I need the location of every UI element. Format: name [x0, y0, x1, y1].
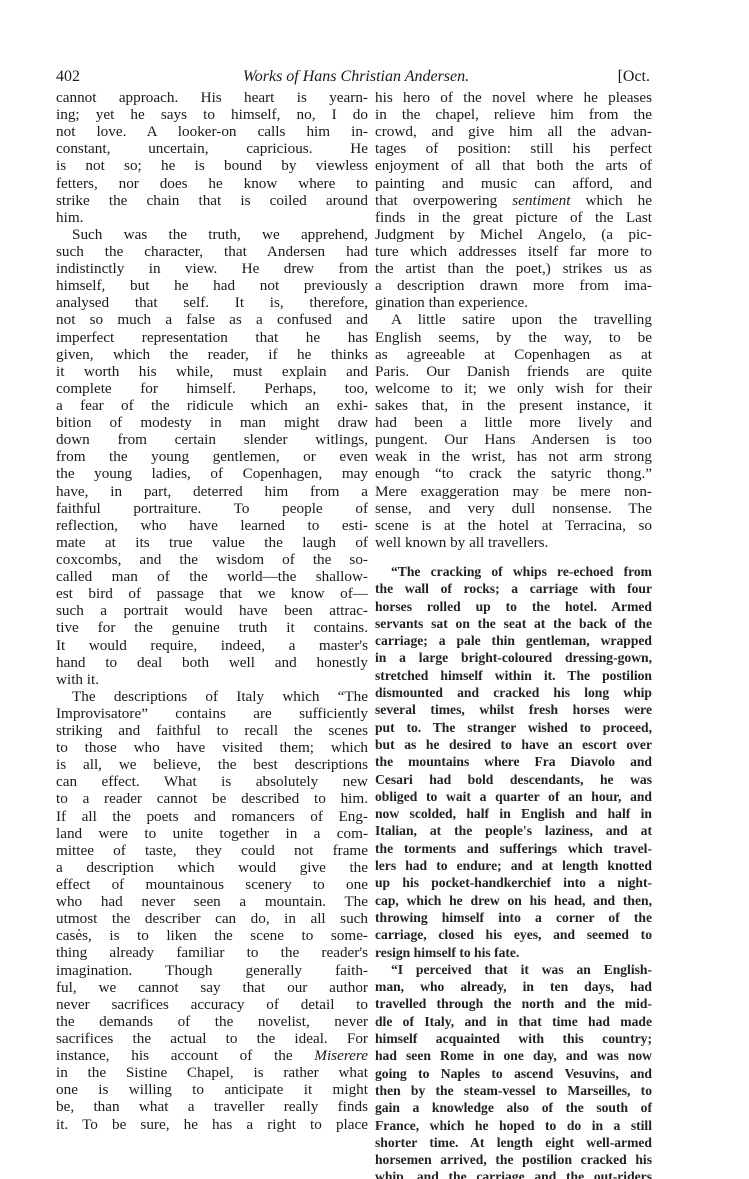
text-line: then by the steam-vessel to Marseilles, …	[375, 1082, 652, 1099]
text-line: “The cracking of whips re-echoed from	[375, 563, 652, 580]
text-line: Cesari had bold descendants, he was	[375, 771, 652, 788]
text-line: analysed that self. It is, therefore,	[56, 294, 368, 311]
text-line: the wall of rocks; a carriage with four	[375, 580, 652, 597]
italic-term: sentiment	[512, 192, 570, 209]
text-line: weak in the wrist, has not arm strong	[375, 448, 652, 465]
line-text: that overpowering	[375, 192, 497, 209]
line-text: instance, his account of the	[56, 1047, 293, 1064]
text-line: such the character, that Andersen had	[56, 243, 368, 260]
text-line: bition of modesty in man might draw	[56, 414, 368, 431]
text-line: dismounted and cracked his long whip	[375, 684, 652, 701]
text-line: A little satire upon the travelling	[375, 311, 652, 328]
text-line: faithful portraiture. To people of	[56, 500, 368, 517]
running-header: 402 Works of Hans Christian Andersen. [O…	[56, 68, 650, 90]
text-line: reflection, who have learned to esti-	[56, 517, 368, 534]
text-line: ful, we cannot say that our author	[56, 979, 368, 996]
text-line: imperfect representation that he has	[56, 329, 368, 346]
text-line: in a large bright-coloured dressing-gown…	[375, 649, 652, 666]
text-line: himself acquainted with this country;	[375, 1030, 652, 1047]
text-line: dle of Italy, and in that time had made	[375, 1013, 652, 1030]
text-line: Mere exaggeration may be mere non-	[375, 483, 652, 500]
text-line: sakes that, in the present instance, it	[375, 397, 652, 414]
text-line: sacrifices the actual to the ideal. For	[56, 1030, 368, 1047]
text-line: not love. A looker-on calls him in-	[56, 123, 368, 140]
text-line: indistinctly in view. He drew from	[56, 260, 368, 277]
text-line: the mountains where Fra Diavolo and	[375, 753, 652, 770]
text-line: instance, his account of the Miserere	[56, 1047, 368, 1064]
text-line: man, who already, in ten days, had	[375, 978, 652, 995]
left-column: cannot approach. His heart is yearn-ing;…	[56, 89, 368, 1133]
text-line: is not so; he is bound by viewless	[56, 157, 368, 174]
text-line: pungent. Our Hans Andersen is too	[375, 431, 652, 448]
text-line: imagination. Though generally faith-	[56, 962, 368, 979]
text-line: utmost the describer can do, in all such	[56, 910, 368, 927]
text-line: The descriptions of Italy which “The	[56, 688, 368, 705]
text-line: France, which he hoped to do in a still	[375, 1117, 652, 1134]
text-line: whip, and the carriage and the out-rider…	[375, 1168, 652, 1179]
text-line: enough “to crack the satyric thong.”	[375, 465, 652, 482]
text-line: a description drawn more from ima-	[375, 277, 652, 294]
text-line: mate at its true value the laugh of	[56, 534, 368, 551]
text-line: ing; yet he says to himself, no, I do	[56, 106, 368, 123]
text-line: in the Sistine Chapel, is rather what	[56, 1064, 368, 1081]
text-line: English seems, by the way, to be	[375, 329, 652, 346]
text-line: have, in part, deterred him from a	[56, 483, 368, 500]
text-line: effect of mountainous scenery to one	[56, 876, 368, 893]
text-line: Improvisatore” contains are sufficiently	[56, 705, 368, 722]
text-line: If all the poets and romancers of Eng-	[56, 808, 368, 825]
text-line: carriage, closed his eyes, and seemed to	[375, 926, 652, 943]
text-line: est bird of passage that we know of—	[56, 585, 368, 602]
text-line: Italian, at the people's laziness, and a…	[375, 822, 652, 839]
right-column: his hero of the novel where he pleasesin…	[375, 89, 652, 551]
text-line: going to Naples to ascend Vesuvins, and	[375, 1065, 652, 1082]
text-line: him.	[56, 209, 368, 226]
text-line: gain a knowledge also of the south of	[375, 1099, 652, 1116]
text-line: welcome to it; we only wish for their	[375, 380, 652, 397]
text-line: in the chapel, relieve him from the	[375, 106, 652, 123]
text-line: tages of position: still his perfect	[375, 140, 652, 157]
running-title: Works of Hans Christian Andersen.	[56, 68, 650, 86]
text-line: crowd, and give him all the advan-	[375, 123, 652, 140]
text-line: land were to unite together in a com-	[56, 825, 368, 842]
line-text: which he	[586, 192, 653, 209]
text-line: up his pocket-handkerchief into a night-	[375, 874, 652, 891]
text-line: is all, we believe, the best description…	[56, 756, 368, 773]
block-quotation: “The cracking of whips re-echoed fromthe…	[375, 563, 652, 1179]
text-line: himself, but he had not previously	[56, 277, 368, 294]
text-line: well known by all travellers.	[375, 534, 652, 551]
text-line: to a reader cannot be described to him.	[56, 790, 368, 807]
text-line: not so much a false as a confused and	[56, 311, 368, 328]
text-line: that overpowering sentiment which he	[375, 192, 652, 209]
text-line: sense, and very dull nonsense. The	[375, 500, 652, 517]
text-line: It would require, indeed, a master's	[56, 637, 368, 654]
text-line: servants sat on the seat at the back of …	[375, 615, 652, 632]
text-line: such a portrait would have been attrac-	[56, 602, 368, 619]
text-line: to those who have visited them; which	[56, 739, 368, 756]
text-line: the young ladies, of Copenhagen, may	[56, 465, 368, 482]
text-line: striking and faithful to recall the scen…	[56, 722, 368, 739]
text-line: cases, is to liken the scene to some-	[56, 927, 368, 944]
text-line: strike the chain that is coiled around	[56, 192, 368, 209]
text-line: put to. The stranger wished to proceed,	[375, 719, 652, 736]
text-line: it. To be sure, he has a right to place	[56, 1116, 368, 1133]
text-line: the torments and sufferings which travel…	[375, 840, 652, 857]
text-line: horsemen arrived, the postilion cracked …	[375, 1151, 652, 1168]
text-line: enjoyment of all that both the arts of	[375, 157, 652, 174]
text-line: painting and music can afford, and	[375, 175, 652, 192]
text-line: several times, whilst fresh horses were	[375, 701, 652, 718]
text-line: fetters, nor does he know where to	[56, 175, 368, 192]
text-line: obliged to wait a quarter of an hour, an…	[375, 788, 652, 805]
text-line: down from certain slender witlings,	[56, 431, 368, 448]
text-line: lers had to endure; and at length knotte…	[375, 857, 652, 874]
text-line: one is willing to anticipate it might	[56, 1081, 368, 1098]
text-line: Judgment by Michel Angelo, (a pic-	[375, 226, 652, 243]
text-line: as agreeable at Copenhagen as at	[375, 346, 652, 363]
text-line: a description which would give the	[56, 859, 368, 876]
month-label: [Oct.	[618, 68, 650, 86]
text-line: shorter time. At length eight well-armed	[375, 1134, 652, 1151]
text-line: throwing himself into a corner of the	[375, 909, 652, 926]
text-line: the artist than the poet,) strikes us as	[375, 260, 652, 277]
text-line: Paris. Our Danish friends are quite	[375, 363, 652, 380]
text-line: Such was the truth, we apprehend,	[56, 226, 368, 243]
text-line: a fear of the ridicule which an exhi-	[56, 397, 368, 414]
text-line: with it.	[56, 671, 368, 688]
text-line: hand to deal both well and honestly	[56, 654, 368, 671]
text-line: be, than what a traveller really finds	[56, 1098, 368, 1115]
text-line: travelled through the north and the mid-	[375, 995, 652, 1012]
text-line: scene is at the hotel at Terracina, so	[375, 517, 652, 534]
text-line: given, which the reader, if he thinks	[56, 346, 368, 363]
text-line: can effect. What is absolutely new	[56, 773, 368, 790]
text-line: from the young gentlemen, or even	[56, 448, 368, 465]
text-line: never sacrifices accuracy of detail to	[56, 996, 368, 1013]
text-line: had been a little more lively and	[375, 414, 652, 431]
text-line: complete for himself. Perhaps, too,	[56, 380, 368, 397]
text-line: thing already familiar to the reader's	[56, 944, 368, 961]
text-line: finds in the great picture of the Last	[375, 209, 652, 226]
text-line: cap, which he drew on his head, and then…	[375, 892, 652, 909]
text-line: but as he desired to have an escort over	[375, 736, 652, 753]
text-line: called man of the world—the shallow-	[56, 568, 368, 585]
text-line: gination than experience.	[375, 294, 652, 311]
text-line: “I perceived that it was an English-	[375, 961, 652, 978]
text-line: constant, uncertain, capricious. He	[56, 140, 368, 157]
text-line: had seen Rome in one day, and was now	[375, 1047, 652, 1064]
text-line: coxcombs, and the wisdom of the so-	[56, 551, 368, 568]
margin-mark	[78, 929, 80, 931]
text-line: his hero of the novel where he pleases	[375, 89, 652, 106]
text-line: now scolded, half in English and half in	[375, 805, 652, 822]
text-line: resign himself to his fate.	[375, 944, 652, 961]
text-line: ture which addresses itself far more to	[375, 243, 652, 260]
text-line: mittee of taste, they could not frame	[56, 842, 368, 859]
text-line: it worth his while, must explain and	[56, 363, 368, 380]
text-line: who had never seen a mountain. The	[56, 893, 368, 910]
text-line: carriage; a pale thin gentleman, wrapped	[375, 632, 652, 649]
text-line: tive for the genuine truth it contains.	[56, 619, 368, 636]
text-line: the demands of the novelist, never	[56, 1013, 368, 1030]
italic-term: Miserere	[314, 1047, 368, 1064]
text-line: horses rolled up to the hotel. Armed	[375, 598, 652, 615]
text-line: stretched himself within it. The postili…	[375, 667, 652, 684]
text-line: cannot approach. His heart is yearn-	[56, 89, 368, 106]
